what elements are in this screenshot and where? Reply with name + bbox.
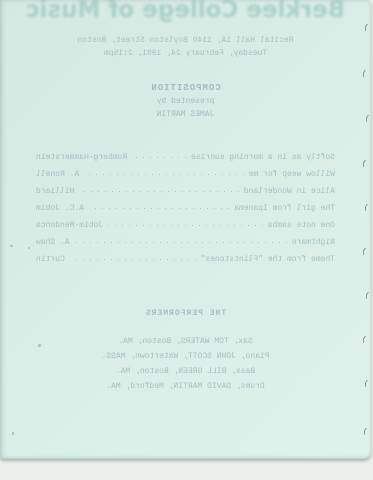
program-row: Alice in Wonderland Hilliard bbox=[36, 185, 335, 202]
dotted-leader bbox=[108, 219, 263, 227]
ghost-program-list: Softly as in a morning sunrise Romberg-H… bbox=[36, 151, 335, 270]
song-title: The girl from Ipanema bbox=[234, 204, 335, 213]
song-title: Theme from the "Flintstones" bbox=[201, 255, 335, 264]
dust-speck bbox=[38, 344, 41, 347]
performer-line: Piano, JOHN SCOTT, Watertown, MASS. bbox=[0, 349, 371, 364]
song-title: Willow weep for me bbox=[249, 170, 335, 179]
dust-speck bbox=[10, 245, 13, 247]
composer-name: Romberg-Hammerstein bbox=[36, 153, 127, 162]
dotted-leader bbox=[84, 168, 243, 176]
composer-name: Curtin bbox=[36, 255, 65, 264]
dotted-leader bbox=[79, 185, 238, 193]
program-row: Theme from the "Flintstones" Curtin bbox=[36, 253, 335, 270]
composer-name: A. Ronell bbox=[36, 170, 79, 179]
composer-name: Hilliard bbox=[36, 187, 74, 196]
ghost-venue-line1: Recital Hall 1A, 1140 Boylston Street, B… bbox=[0, 34, 371, 47]
program-row: One note samba Jobim-Mendonca bbox=[36, 219, 335, 236]
composer-name: Jobim-Mendonca bbox=[36, 221, 103, 230]
dotted-leader bbox=[75, 236, 287, 244]
program-row: Willow weep for me A. Ronell bbox=[36, 168, 335, 185]
ghost-performers-block: THE PERFORMERS Sax, TOM WATERS, Boston, … bbox=[0, 306, 371, 394]
performers-heading: THE PERFORMERS bbox=[0, 306, 371, 321]
song-title: Softly as in a morning sunrise bbox=[191, 153, 335, 162]
program-row: The girl from Ipanema A.C. Jobim bbox=[36, 202, 335, 219]
ghost-concert-title: COMPOSITION bbox=[0, 82, 371, 95]
dotted-leader bbox=[89, 202, 229, 210]
program-row: Nightmare A. Shaw bbox=[36, 236, 335, 253]
program-row: Softly as in a morning sunrise Romberg-H… bbox=[36, 151, 335, 168]
song-title: One note samba bbox=[268, 221, 335, 230]
ghost-presenter-name: JAMES MARTIN bbox=[0, 108, 371, 121]
ghost-venue-line2: Tuesday, February 24, 1981, 2:15pm bbox=[0, 47, 371, 60]
performer-line: Bass, BILL GREEN, Boston, MA. bbox=[0, 364, 371, 379]
performer-line: Sax, TOM WATERS, Boston, MA. bbox=[0, 334, 371, 349]
ghost-venue-block: Recital Hall 1A, 1140 Boylston Street, B… bbox=[0, 34, 371, 60]
ghost-title-block: COMPOSITION presented by JAMES MARTIN bbox=[0, 82, 371, 121]
composer-name: A.C. Jobim bbox=[36, 204, 84, 213]
song-title: Alice in Wonderland bbox=[244, 187, 335, 196]
dust-speck bbox=[12, 432, 14, 435]
dust-speck bbox=[28, 247, 30, 249]
ghost-presented-by: presented by bbox=[0, 95, 371, 108]
dotted-leader bbox=[132, 151, 186, 159]
ghost-masthead: Berklee College of Music bbox=[0, 0, 371, 23]
composer-name: A. Shaw bbox=[36, 238, 70, 247]
dotted-leader bbox=[70, 253, 196, 261]
song-title: Nightmare bbox=[292, 238, 335, 247]
bleed-through-text: Berklee College of Music Recital Hall 1A… bbox=[0, 0, 371, 459]
scanned-page: Berklee College of Music Recital Hall 1A… bbox=[0, 0, 373, 480]
performer-line: Drums, DAVID MARTIN, Medford, MA. bbox=[0, 379, 371, 394]
paper-sheet: Berklee College of Music Recital Hall 1A… bbox=[0, 0, 371, 459]
